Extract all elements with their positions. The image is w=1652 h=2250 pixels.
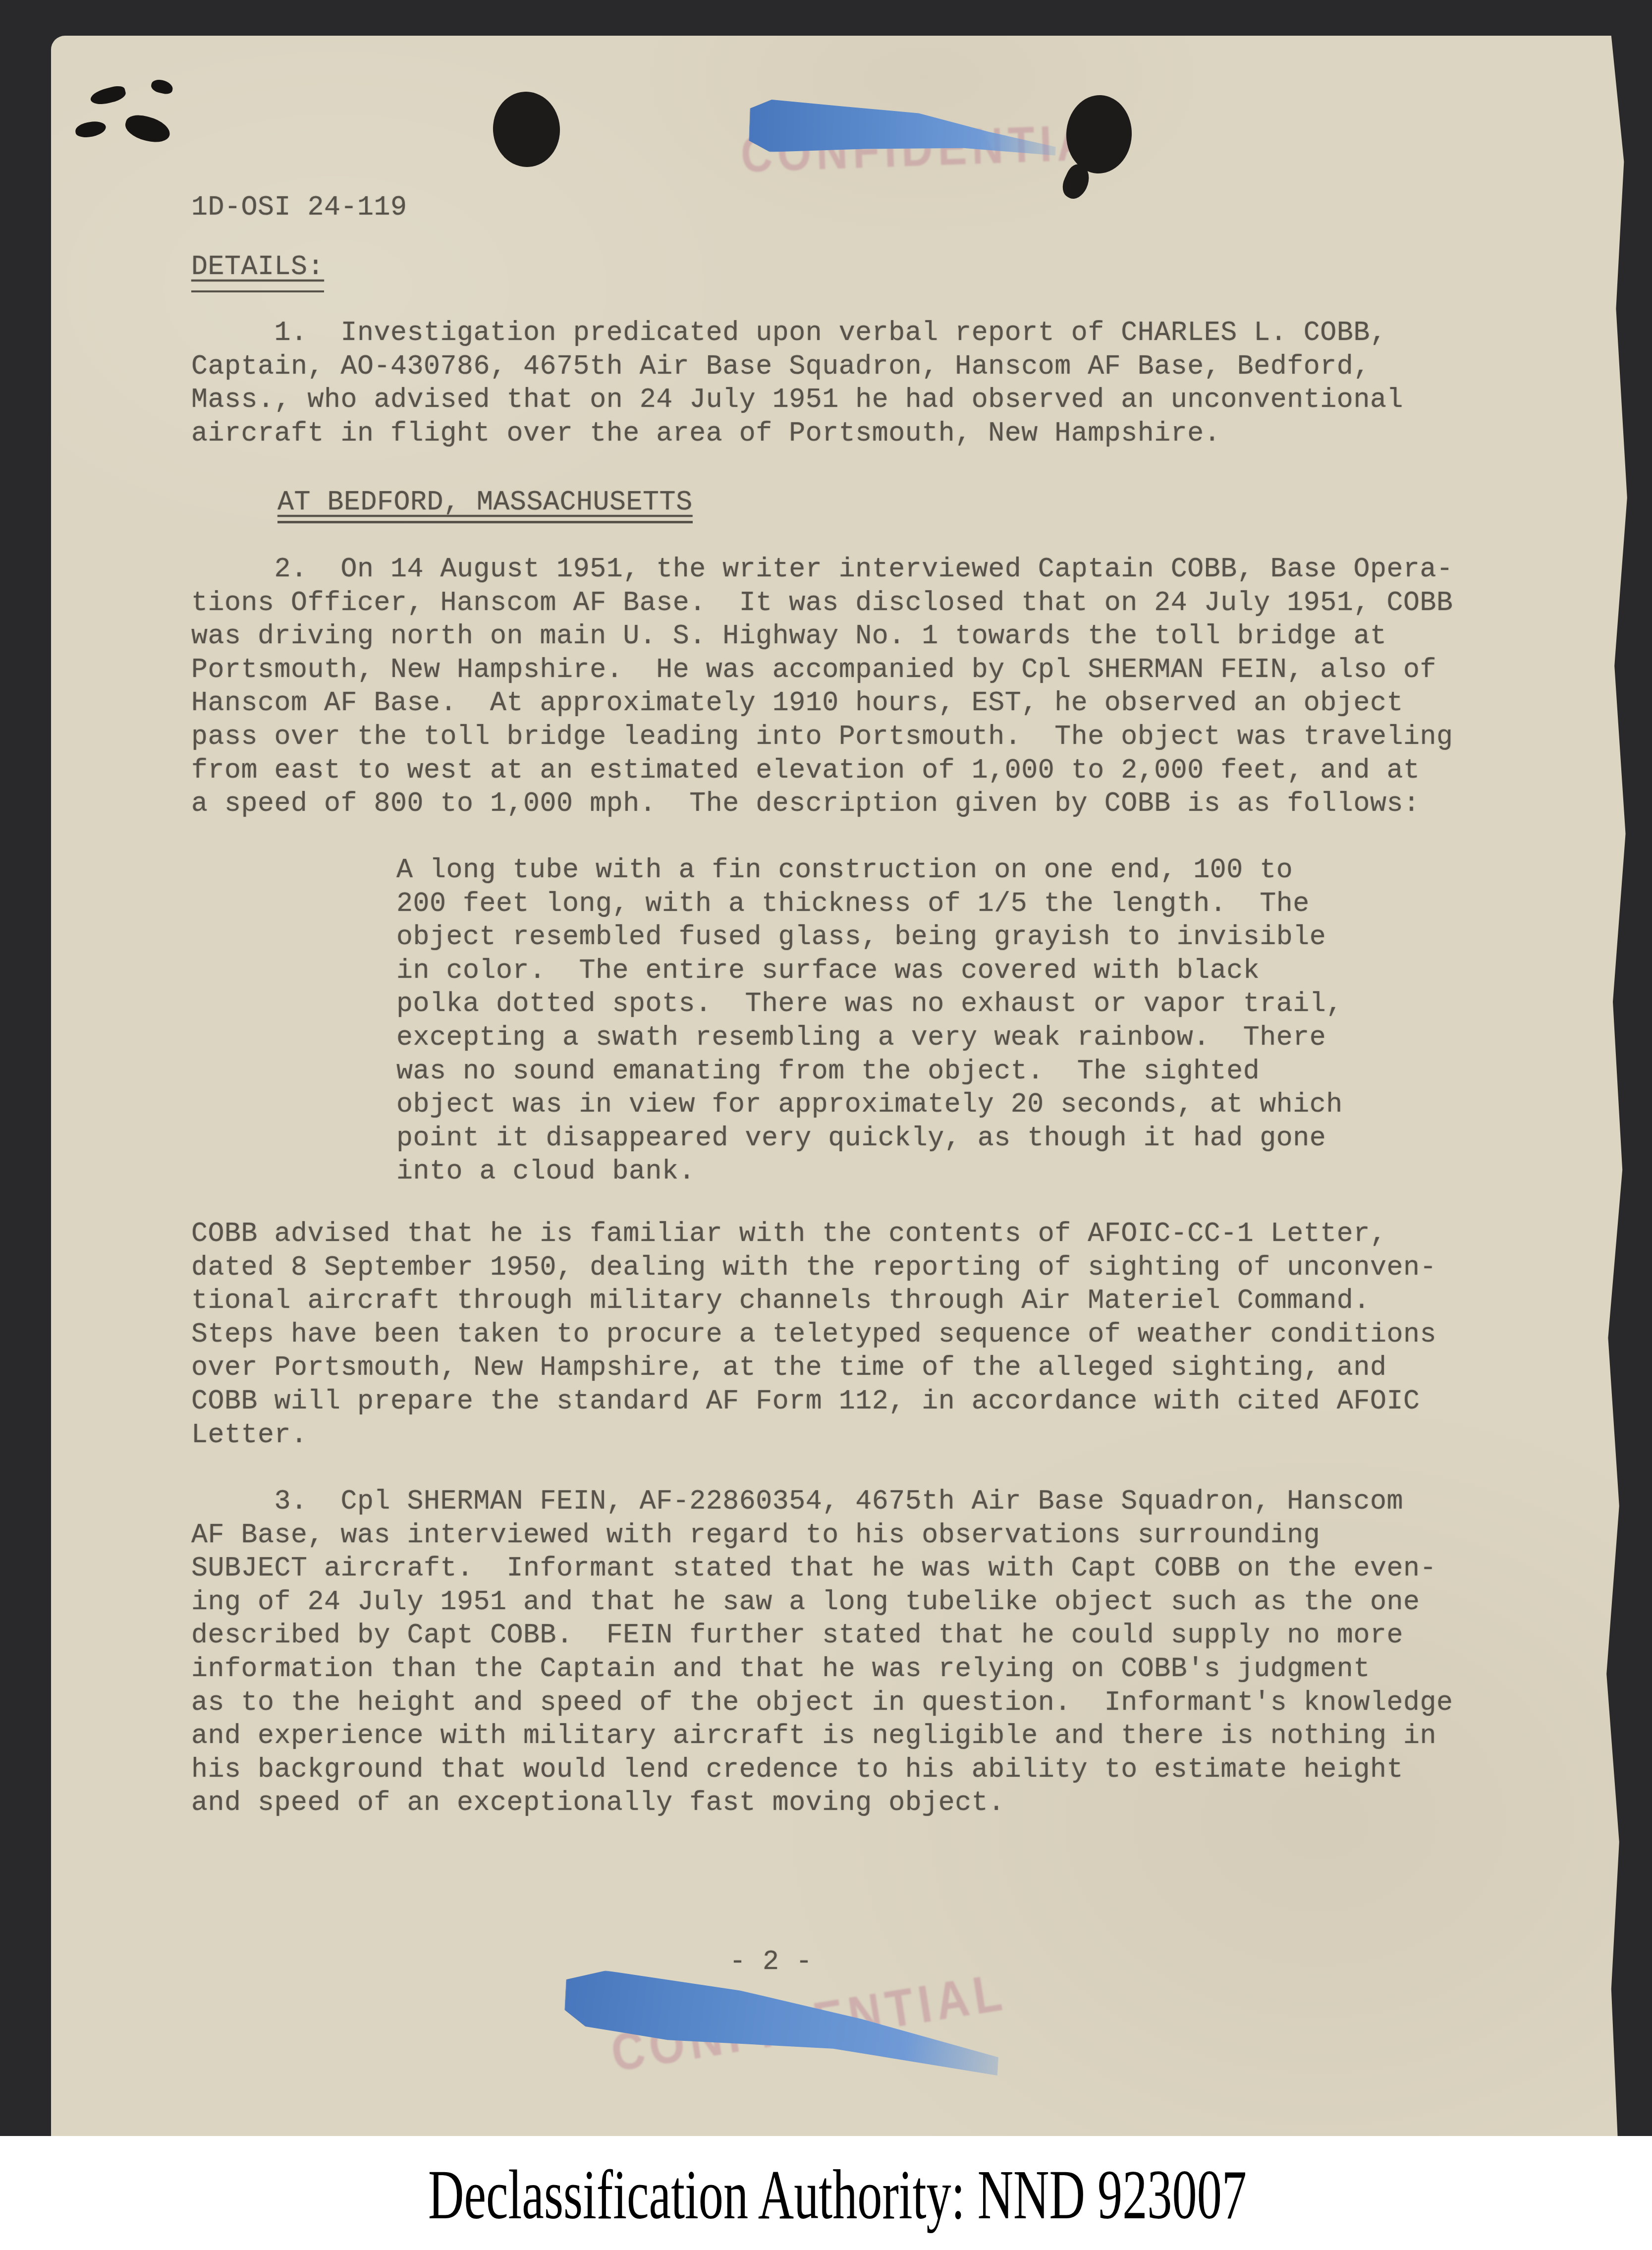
paragraph-2: 2. On 14 August 1951, the writer intervi… (191, 553, 1554, 821)
declassification-authority-text: Declassification Authority: NND 923007 (428, 2155, 1247, 2236)
details-heading-text: DETAILS: (191, 251, 324, 292)
paragraph-4: COBB advised that he is familiar with th… (191, 1217, 1554, 1452)
details-heading: DETAILS: (191, 250, 324, 284)
quote-block: A long tube with a fin construction on o… (396, 853, 1437, 1188)
file-reference-number: 1D-OSI 24-119 (191, 191, 407, 225)
section-heading: AT BEDFORD, MASSACHUSETTS (277, 486, 693, 519)
page-number: - 2 - (729, 1945, 813, 1979)
paragraph-5: 3. Cpl SHERMAN FEIN, AF-22860354, 4675th… (191, 1485, 1564, 1820)
section-heading-text: AT BEDFORD, MASSACHUSETTS (277, 487, 693, 523)
paragraph-1: 1. Investigation predicated upon verbal … (191, 316, 1529, 450)
declassification-banner: Declassification Authority: NND 923007 (0, 2136, 1652, 2250)
scan-photo-background: CONFIDENTIAL CONFIDENTIAL 1D-OSI 24-119 … (0, 0, 1652, 2136)
